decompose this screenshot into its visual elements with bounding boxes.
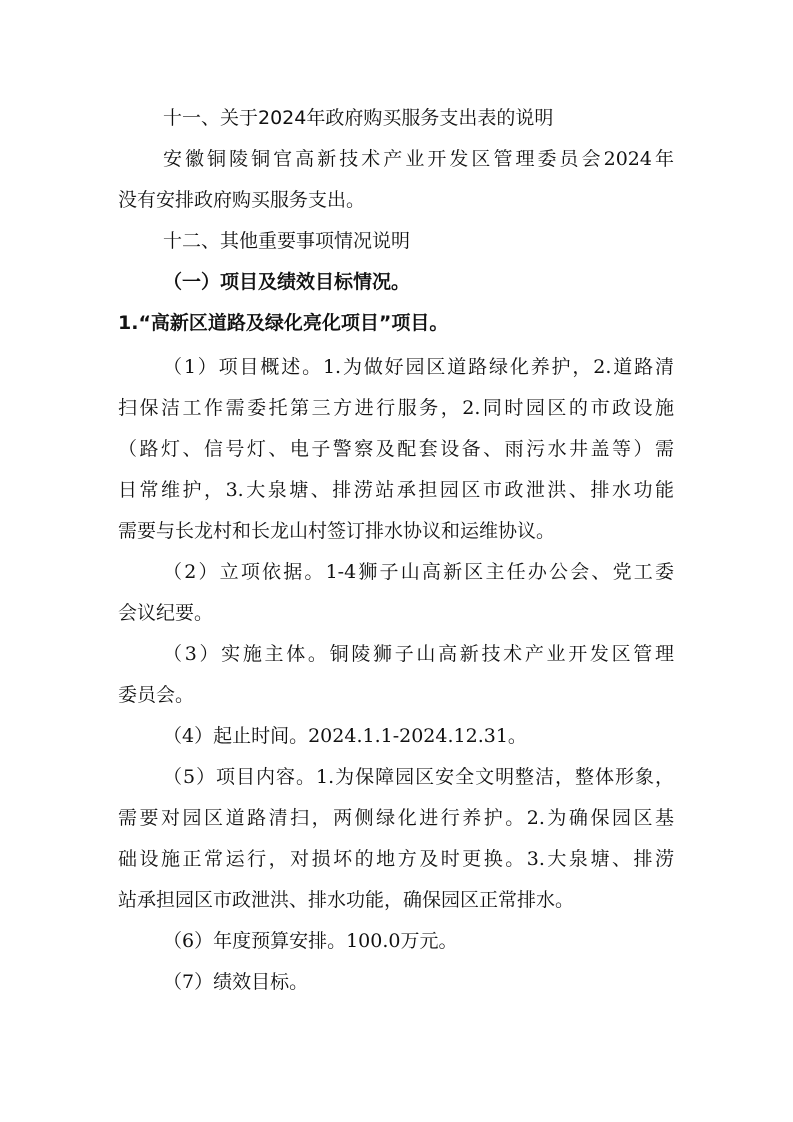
item-5-line: 需要对园区道路清扫，两侧绿化进行养护。2.为确保园区基 bbox=[118, 806, 674, 830]
section-12-heading: 十二、其他重要事项情况说明 bbox=[163, 229, 674, 253]
item-1-line: 日常维护，3.大泉塘、排涝站承担园区市政泄洪、排水功能 bbox=[118, 478, 674, 502]
section-11-body-line: 安徽铜陵铜官高新技术产业开发区管理委员会2024年 bbox=[163, 147, 674, 171]
item-5-line: 础设施正常运行，对损坏的地方及时更换。3.大泉塘、排涝 bbox=[118, 847, 674, 871]
project-title: 1.“高新区道路及绿化亮化项目”项目。 bbox=[118, 311, 674, 335]
section-11-body-line: 没有安排政府购买服务支出。 bbox=[118, 188, 674, 212]
item-3-line: 委员会。 bbox=[118, 683, 674, 707]
section-12-subheading: （一）项目及绩效目标情况。 bbox=[163, 270, 674, 294]
item-1-line: （1）项目概述。1.为做好园区道路绿化养护，2.道路清 bbox=[163, 355, 674, 379]
item-5-line: 站承担园区市政泄洪、排水功能，确保园区正常排水。 bbox=[118, 888, 674, 912]
item-1-line: （路灯、信号灯、电子警察及配套设备、雨污水井盖等）需 bbox=[118, 437, 674, 461]
section-11-heading: 十一、关于2024年政府购买服务支出表的说明 bbox=[163, 106, 674, 130]
item-1-line: 扫保洁工作需委托第三方进行服务，2.同时园区的市政设施 bbox=[118, 396, 674, 420]
item-5-line: （5）项目内容。1.为保障园区安全文明整洁，整体形象， bbox=[163, 765, 674, 789]
item-2-line: 会议纪要。 bbox=[118, 601, 674, 625]
item-4-line: （4）起止时间。2024.1.1-2024.12.31。 bbox=[163, 724, 674, 748]
item-7-line: （7）绩效目标。 bbox=[163, 970, 674, 994]
document-page: 十一、关于2024年政府购买服务支出表的说明 安徽铜陵铜官高新技术产业开发区管理… bbox=[0, 0, 793, 1122]
item-6-line: （6）年度预算安排。100.0万元。 bbox=[163, 929, 674, 953]
item-3-line: （3）实施主体。铜陵狮子山高新技术产业开发区管理 bbox=[163, 642, 674, 666]
item-2-line: （2）立项依据。1-4狮子山高新区主任办公会、党工委 bbox=[163, 560, 674, 584]
item-1-line: 需要与长龙村和长龙山村签订排水协议和运维协议。 bbox=[118, 519, 674, 543]
